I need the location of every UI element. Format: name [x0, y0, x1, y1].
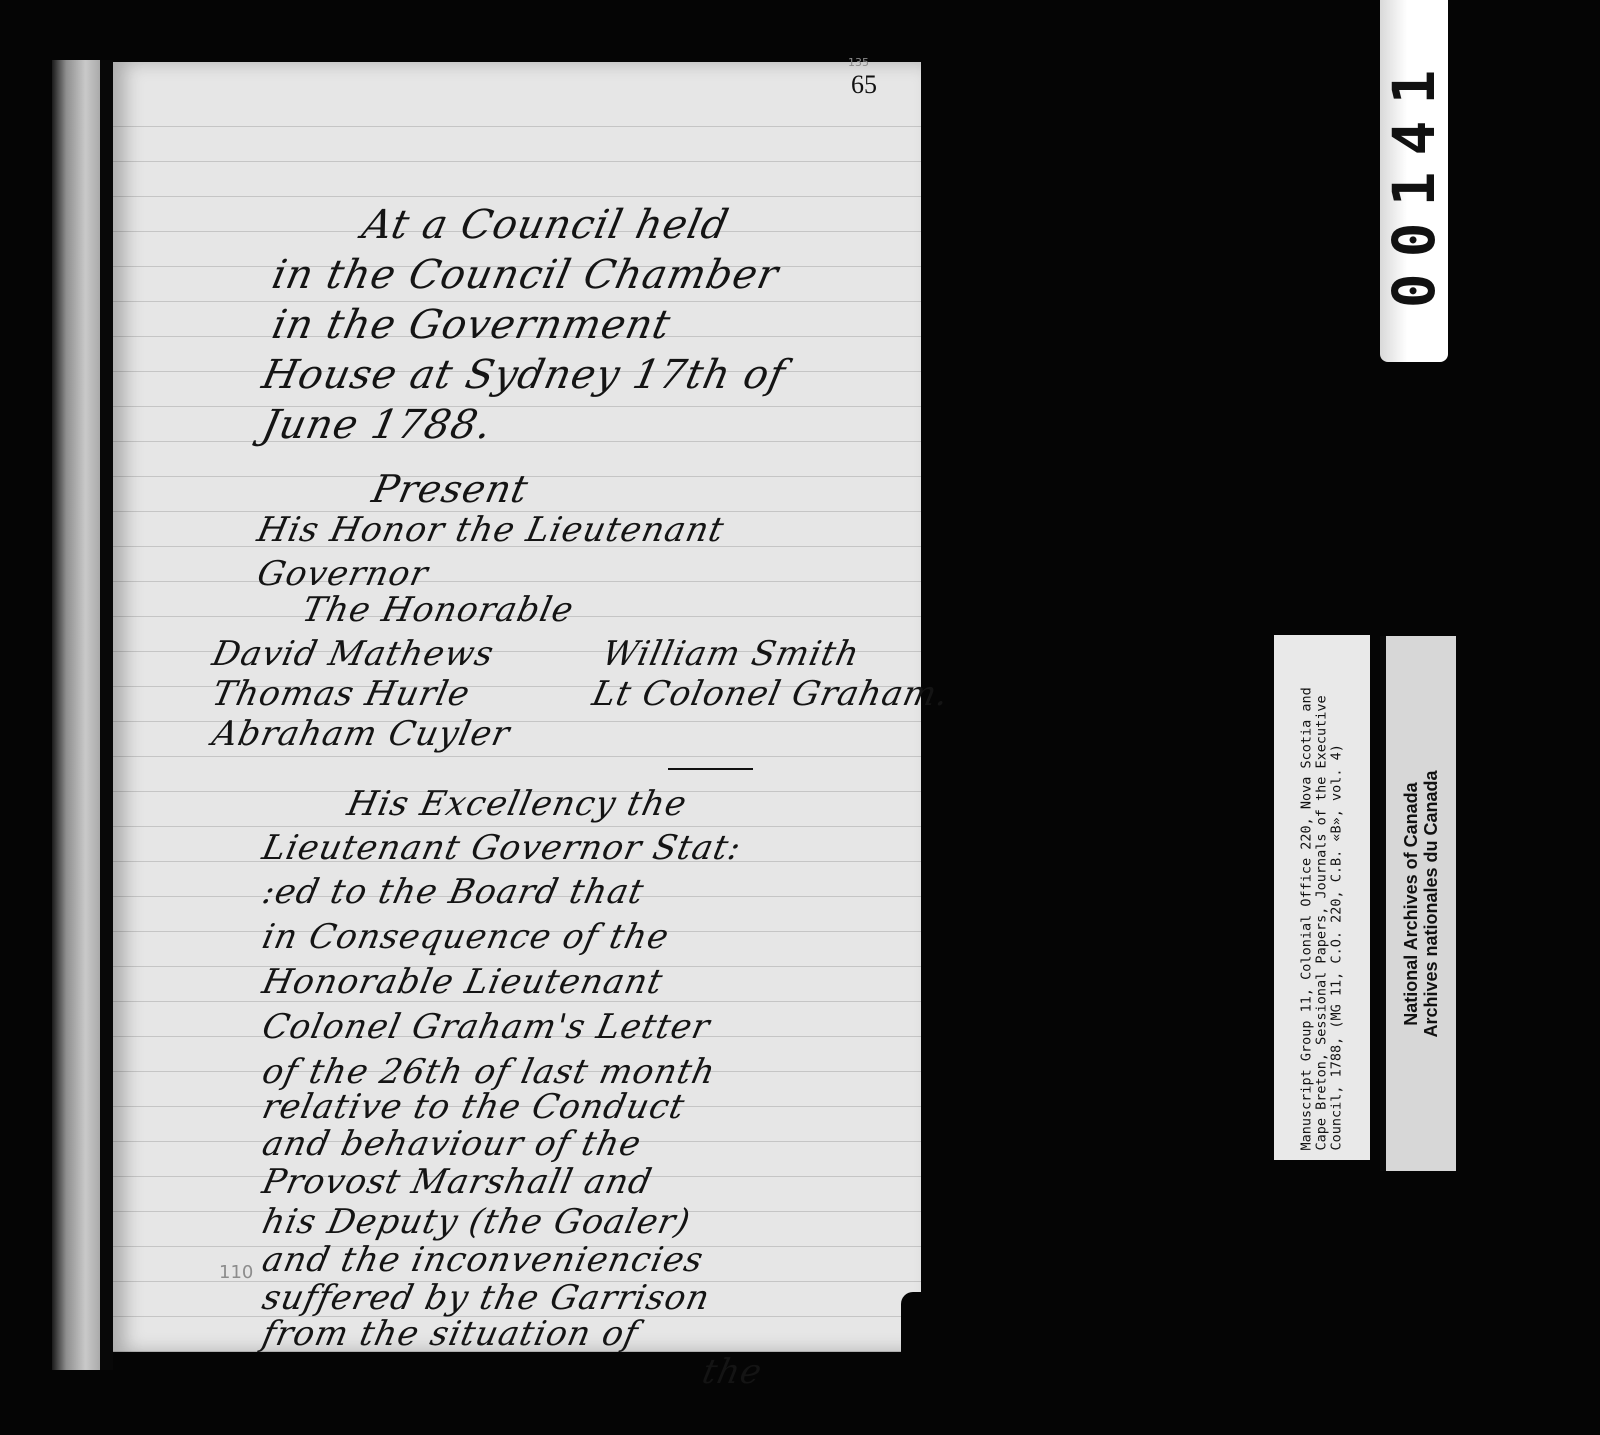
frame-counter-strip: 00141 [1380, 0, 1448, 362]
body-line: and the inconveniencies [259, 1240, 708, 1280]
body-line: of the 26th of last month [259, 1052, 720, 1092]
manuscript-page: 135 65 At a Council held in the Council … [113, 62, 921, 1352]
body-line: Lieutenant Governor Stat: [259, 828, 745, 868]
citation-line: Council, 1788, (MG 11, C.O. 220, C.B. «B… [1330, 645, 1345, 1150]
body-line: from the situation of [259, 1314, 642, 1354]
citation-text: Manuscript Group 11, Colonial Office 220… [1300, 645, 1345, 1150]
heading-line: At a Council held [358, 202, 733, 248]
heading-line: in the Council Chamber [268, 252, 783, 298]
member-name: Abraham Cuyler [209, 714, 514, 754]
present-line: His Honor the Lieutenant [254, 510, 728, 550]
body-line: in Consequence of the [259, 917, 673, 957]
body-line: Colonel Graham's Letter [259, 1007, 714, 1047]
binding-gutter [100, 60, 113, 1370]
body-line: Honorable Lieutenant [259, 962, 667, 1002]
frame-counter: 00141 [1380, 54, 1448, 309]
archive-name: National Archives of Canada Archives nat… [1401, 644, 1441, 1164]
member-name: David Mathews [209, 634, 498, 674]
body-line: suffered by the Garrison [259, 1278, 714, 1318]
member-name: William Smith [599, 634, 864, 674]
archive-name-fr: Archives nationales du Canada [1421, 644, 1441, 1164]
body-line: His Excellency the [344, 784, 691, 824]
body-line: :ed to the Board that [259, 872, 648, 912]
citation-label: Manuscript Group 11, Colonial Office 220… [1274, 635, 1370, 1160]
archive-label: National Archives of Canada Archives nat… [1380, 636, 1456, 1171]
archive-name-en: National Archives of Canada [1401, 644, 1421, 1164]
citation-line: Manuscript Group 11, Colonial Office 220… [1300, 645, 1315, 1150]
present-line: The Honorable [299, 590, 578, 630]
heading-line: June 1788. [258, 402, 496, 448]
body-line: relative to the Conduct [259, 1087, 689, 1127]
heading-line: House at Sydney 17th of [258, 352, 790, 398]
body-line: his Deputy (the Goaler) [259, 1202, 694, 1242]
pencil-annotation: 135 [848, 56, 869, 69]
page-number: 65 [851, 70, 877, 100]
citation-line: Cape Breton, Sessional Papers, Journals … [1315, 645, 1330, 1150]
member-name: Thomas Hurle [209, 674, 474, 714]
present-label: Present [368, 467, 532, 511]
folio-number: 110 [219, 1262, 253, 1283]
member-name: Lt Colonel Graham. [589, 674, 953, 714]
body-line: the [699, 1352, 766, 1392]
separator-rule [668, 768, 753, 770]
present-line: Governor [254, 554, 432, 594]
previous-page-edge [52, 60, 100, 1370]
body-line: and behaviour of the [259, 1124, 645, 1164]
heading-line: in the Government [268, 302, 675, 348]
body-line: Provost Marshall and [259, 1162, 656, 1202]
